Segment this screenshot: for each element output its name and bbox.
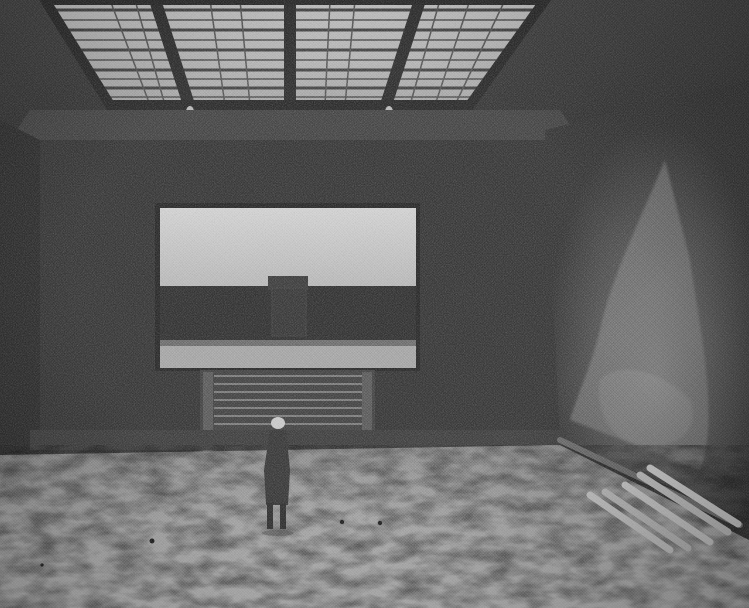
hall-photograph: Interior of a large empty hall with a gl… — [0, 0, 749, 608]
film-grain — [0, 0, 749, 608]
scene — [0, 0, 749, 608]
